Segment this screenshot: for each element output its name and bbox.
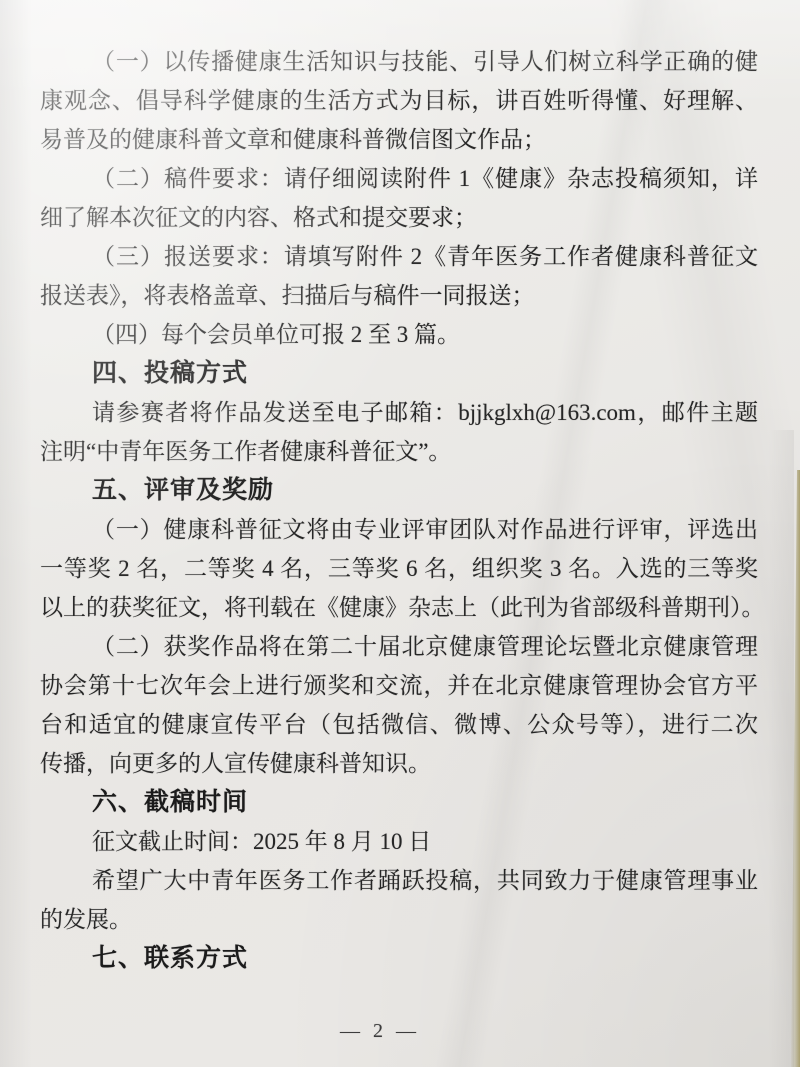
text-line: 报送表》，将表格盖章、扫描后与稿件一同报送； bbox=[40, 276, 758, 315]
text-line: 传播，向更多的人宣传健康科普知识。 bbox=[40, 744, 758, 783]
text-line: 希望广大中青年医务工作者踊跃投稿，共同致力于健康管理事业 bbox=[40, 861, 758, 900]
text-line: 的发展。 bbox=[40, 900, 758, 939]
text-line: 一等奖 2 名，二等奖 4 名，三等奖 6 名，组织奖 3 名。入选的三等奖 bbox=[40, 549, 758, 588]
text-line: （二）获奖作品将在第二十届北京健康管理论坛暨北京健康管理 bbox=[40, 627, 758, 666]
text-line: （三）报送要求：请填写附件 2《青年医务工作者健康科普征文 bbox=[40, 237, 758, 276]
text-line: 台和适宜的健康宣传平台（包括微信、微博、公众号等），进行二次 bbox=[40, 705, 758, 744]
section-heading: 七、联系方式 bbox=[40, 939, 758, 978]
text-line: 以上的获奖征文，将刊载在《健康》杂志上（此刊为省部级科普期刊）。 bbox=[40, 588, 758, 627]
text-line: 请参赛者将作品发送至电子邮箱：bjjkglxh@163.com，邮件主题 bbox=[40, 393, 758, 432]
text-line: （一）健康科普征文将由专业评审团队对作品进行评审，评选出 bbox=[40, 510, 758, 549]
section-heading: 四、投稿方式 bbox=[40, 354, 758, 393]
text-line: 易普及的健康科普文章和健康科普微信图文作品； bbox=[40, 120, 758, 159]
text-line: （四）每个会员单位可报 2 至 3 篇。 bbox=[40, 315, 758, 354]
page-number: — 2 — bbox=[0, 1020, 760, 1043]
document-text: （一）以传播健康生活知识与技能、引导人们树立科学正确的健康观念、倡导科学健康的生… bbox=[40, 42, 758, 978]
text-line: 征文截止时间：2025 年 8 月 10 日 bbox=[40, 822, 758, 861]
document-photo: （一）以传播健康生活知识与技能、引导人们树立科学正确的健康观念、倡导科学健康的生… bbox=[0, 0, 800, 1067]
text-line: 细了解本次征文的内容、格式和提交要求； bbox=[40, 198, 758, 237]
text-line: 注明“中青年医务工作者健康科普征文”。 bbox=[40, 432, 758, 471]
text-line: （一）以传播健康生活知识与技能、引导人们树立科学正确的健 bbox=[40, 42, 758, 81]
section-heading: 六、截稿时间 bbox=[40, 783, 758, 822]
paper-right-edge bbox=[790, 470, 800, 1067]
text-line: 康观念、倡导科学健康的生活方式为目标，讲百姓听得懂、好理解、 bbox=[40, 81, 758, 120]
section-heading: 五、评审及奖励 bbox=[40, 471, 758, 510]
paper-edge-shadow bbox=[768, 430, 794, 1067]
text-line: 协会第十七次年会上进行颁奖和交流，并在北京健康管理协会官方平 bbox=[40, 666, 758, 705]
text-line: （二）稿件要求：请仔细阅读附件 1《健康》杂志投稿须知，详 bbox=[40, 159, 758, 198]
